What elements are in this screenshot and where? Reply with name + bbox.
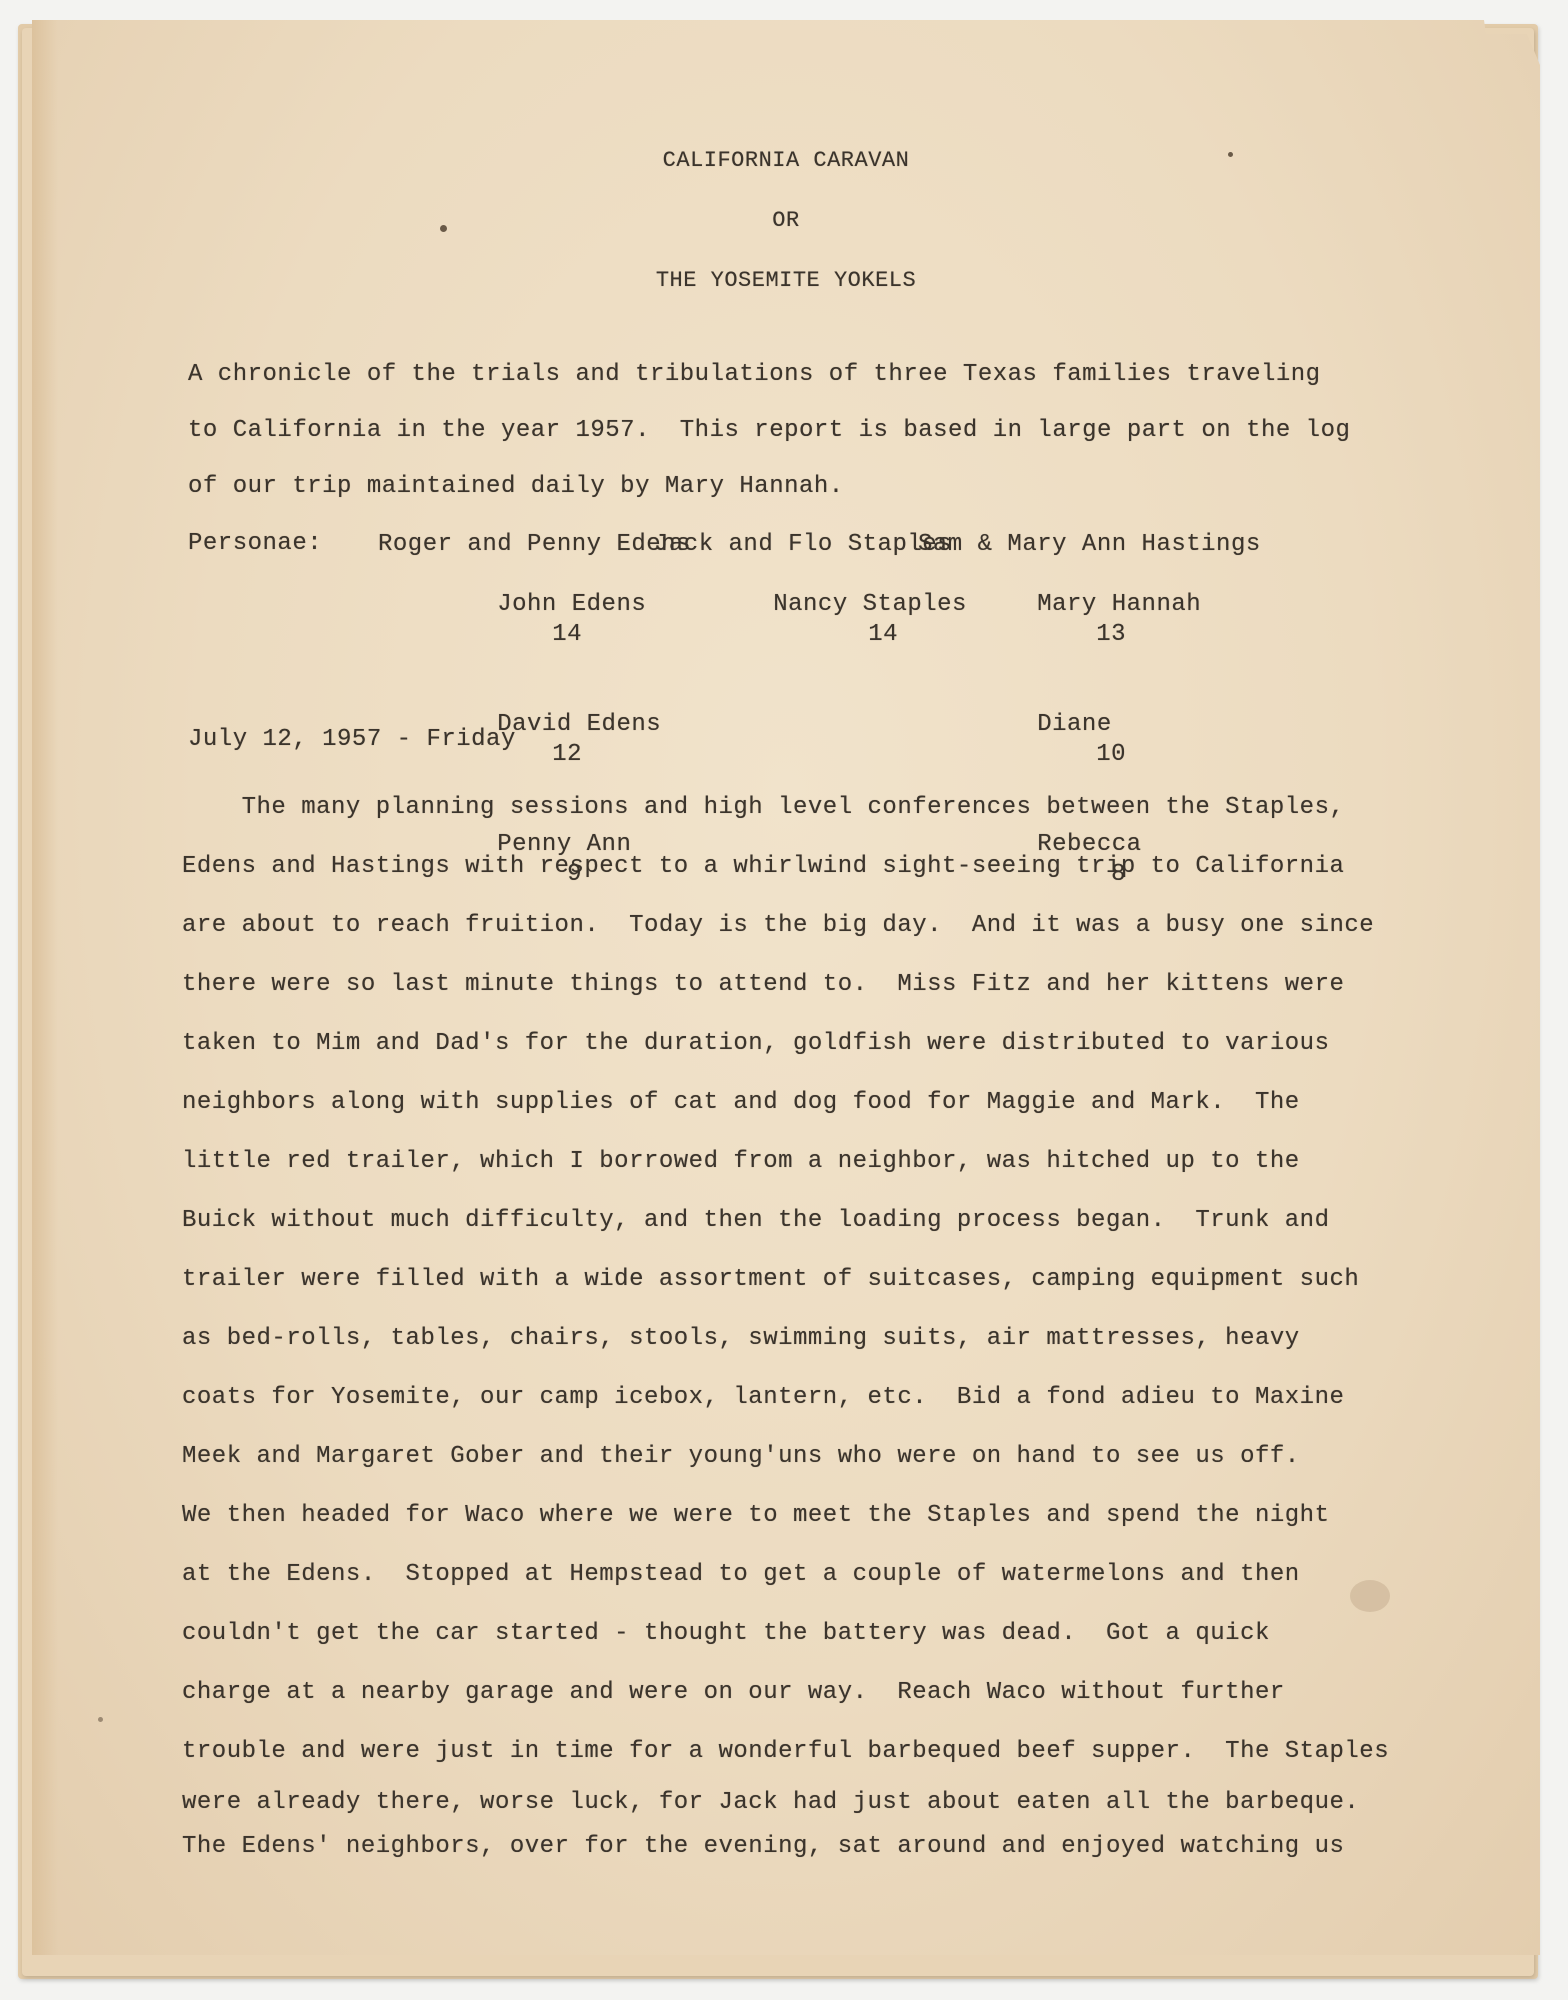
family-member: Mary Hannah 13	[918, 560, 1278, 680]
intro-line: A chronicle of the trials and tribulatio…	[188, 347, 1388, 403]
body-line: charge at a nearby garage and were on ou…	[182, 1663, 1482, 1722]
body-line: are about to reach fruition. Today is th…	[182, 896, 1482, 955]
member-age: 14	[854, 620, 898, 650]
paper-speck	[440, 225, 447, 232]
member-age: 10	[1082, 740, 1126, 770]
family-head: Roger and Penny Edens	[378, 530, 698, 560]
body-line: couldn't get the car started - thought t…	[182, 1604, 1482, 1663]
journal-entry-body: The many planning sessions and high leve…	[182, 778, 1482, 1869]
document-subtitle: THE YOSEMITE YOKELS	[32, 268, 1540, 293]
personae-label: Personae:	[188, 530, 322, 557]
intro-line: to California in the year 1957. This rep…	[188, 403, 1388, 459]
page-edge-shadow	[32, 20, 58, 1955]
intro-line: of our trip maintained daily by Mary Han…	[188, 459, 1388, 515]
body-line: The many planning sessions and high leve…	[182, 778, 1482, 837]
member-name: John Edens	[497, 591, 646, 618]
body-line: taken to Mim and Dad's for the duration,…	[182, 1014, 1482, 1073]
body-line: trouble and were just in time for a wond…	[182, 1722, 1482, 1781]
member-name: David Edens	[497, 711, 661, 738]
body-line: Edens and Hastings with respect to a whi…	[182, 837, 1482, 896]
paper-speck	[1541, 440, 1547, 446]
body-line: at the Edens. Stopped at Hempstead to ge…	[182, 1545, 1482, 1604]
body-line: there were so last minute things to atte…	[182, 955, 1482, 1014]
member-age: 14	[538, 620, 582, 650]
body-line: coats for Yosemite, our camp icebox, lan…	[182, 1368, 1482, 1427]
body-line: neighbors along with supplies of cat and…	[182, 1073, 1482, 1132]
typed-page: CALIFORNIA CARAVAN OR THE YOSEMITE YOKEL…	[32, 20, 1540, 1955]
document-title: CALIFORNIA CARAVAN	[32, 148, 1540, 173]
body-line: trailer were filled with a wide assortme…	[182, 1250, 1482, 1309]
title-or: OR	[32, 208, 1540, 233]
entry-date-heading: July 12, 1957 - Friday	[188, 726, 516, 753]
body-line: Buick without much difficulty, and then …	[182, 1191, 1482, 1250]
body-line: We then headed for Waco where we were to…	[182, 1486, 1482, 1545]
member-age: 13	[1082, 620, 1126, 650]
body-line: as bed-rolls, tables, chairs, stools, sw…	[182, 1309, 1482, 1368]
member-name: Diane	[1037, 711, 1112, 738]
family-member: John Edens 14	[378, 560, 698, 680]
body-line: The Edens' neighbors, over for the eveni…	[182, 1825, 1482, 1869]
intro-paragraph: A chronicle of the trials and tribulatio…	[188, 347, 1388, 515]
body-line: were already there, worse luck, for Jack…	[182, 1781, 1482, 1825]
body-line: Meek and Margaret Gober and their young'…	[182, 1427, 1482, 1486]
paper-speck	[1228, 152, 1233, 157]
member-age: 12	[538, 740, 582, 770]
paper-speck	[98, 1717, 103, 1722]
paper-stain	[1350, 1580, 1390, 1612]
family-head: Sam & Mary Ann Hastings	[918, 530, 1278, 560]
body-line: little red trailer, which I borrowed fro…	[182, 1132, 1482, 1191]
member-name: Mary Hannah	[1037, 591, 1201, 618]
